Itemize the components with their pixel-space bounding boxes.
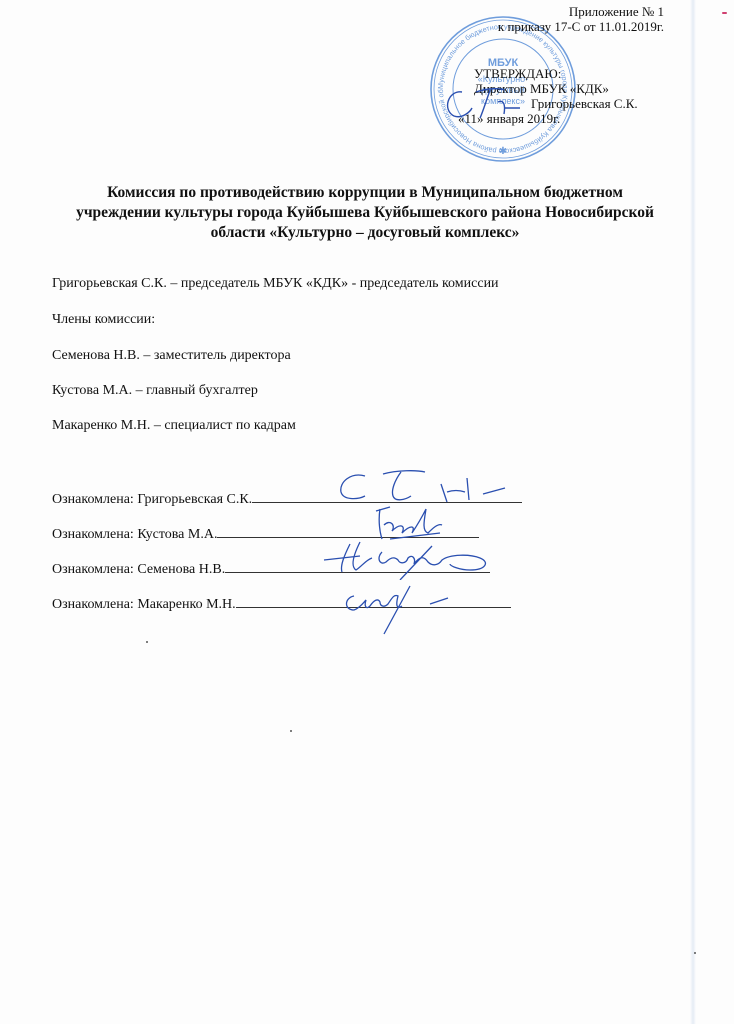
title-line: Комиссия по противодействию коррупции в …: [40, 183, 690, 203]
document-title: Комиссия по противодействию коррупции в …: [40, 183, 690, 243]
signature-grigorievskaya: [325, 468, 565, 508]
title-line: учреждении культуры города Куйбышева Куй…: [40, 203, 690, 223]
order-reference: к приказу 17-С от 11.01.2019г.: [498, 19, 664, 34]
scan-speck: [290, 730, 292, 732]
document-page: Муниципальное бюджетное учреждение культ…: [0, 0, 734, 1024]
ack-label: Ознакомлена: Семенова Н.В.: [52, 562, 225, 577]
member-item: Макаренко М.Н. – специалист по кадрам: [52, 418, 296, 434]
signature-semenova: [320, 536, 520, 580]
ack-label: Ознакомлена: Григорьевская С.К.: [52, 492, 252, 507]
ack-label: Ознакомлена: Макаренко М.Н.: [52, 597, 236, 612]
appendix-label: Приложение № 1: [569, 4, 664, 19]
scan-speck: [146, 641, 148, 643]
approve-label: УТВЕРЖДАЮ:: [474, 66, 561, 81]
ack-label: Ознакомлена: Кустова М.А.: [52, 527, 217, 542]
stamp-star-icon: ✱: [499, 146, 507, 157]
member-item: Кустова М.А. – главный бухгалтер: [52, 383, 258, 399]
signature-makarenko: [340, 576, 480, 636]
director-signature: [440, 82, 550, 122]
member-item: Семенова Н.В. – заместитель директора: [52, 348, 291, 364]
members-label: Члены комиссии:: [52, 312, 155, 328]
title-line: области «Культурно – досуговый комплекс»: [40, 223, 690, 243]
scan-speck: [694, 952, 696, 954]
scan-edge-shadow: [690, 0, 696, 1024]
scan-speck: [722, 12, 727, 14]
commission-chair: Григорьевская С.К. – председатель МБУК «…: [52, 276, 499, 292]
